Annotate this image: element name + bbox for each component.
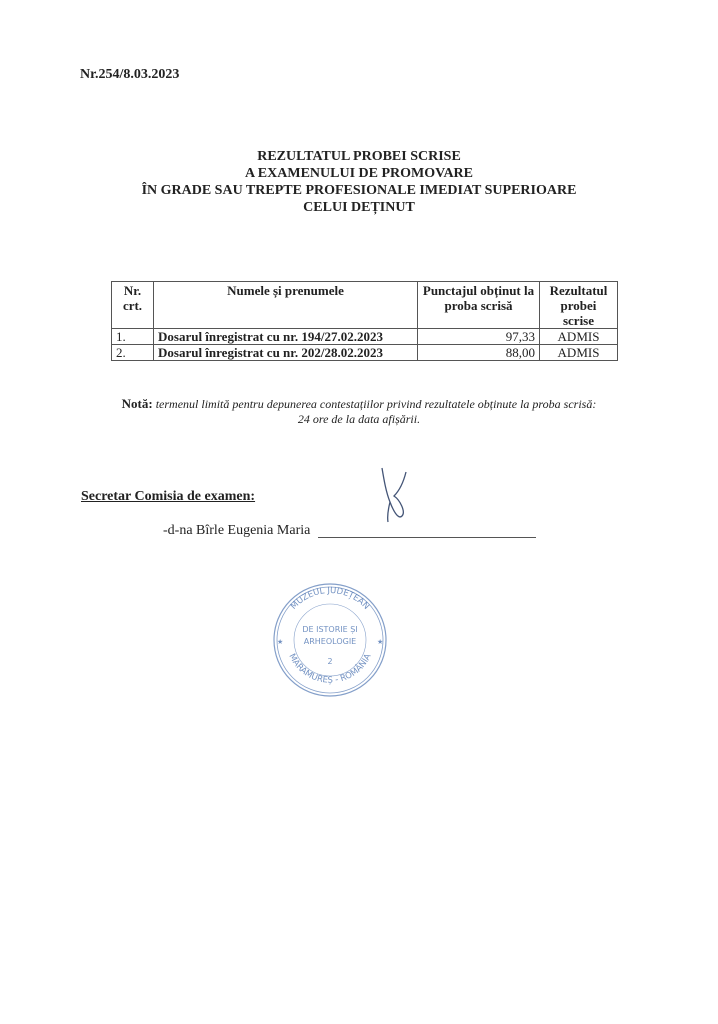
row-name: Dosarul înregistrat cu nr. 202/28.02.202… xyxy=(154,345,418,361)
svg-text:★: ★ xyxy=(377,638,383,646)
document-title: REZULTATUL PROBEI SCRISE A EXAMENULUI DE… xyxy=(0,148,718,216)
row-nr: 1. xyxy=(112,329,154,345)
signature-icon xyxy=(378,466,418,526)
row-score: 97,33 xyxy=(418,329,540,345)
stamp-number: 2 xyxy=(327,657,332,666)
signature-line xyxy=(318,537,536,538)
title-line-4: CELUI DEȚINUT xyxy=(0,199,718,216)
stamp-top-text: MUZEUL JUDEȚEAN xyxy=(289,586,371,612)
table-header-row: Nr. crt. Numele și prenumele Punctajul o… xyxy=(112,282,618,329)
row-result: ADMIS xyxy=(540,345,618,361)
row-result: ADMIS xyxy=(540,329,618,345)
note-line-2: 24 ore de la data afișării. xyxy=(298,412,420,426)
row-nr: 2. xyxy=(112,345,154,361)
title-line-3: ÎN GRADE SAU TREPTE PROFESIONALE IMEDIAT… xyxy=(0,182,718,199)
secretary-label: Secretar Comisia de examen: xyxy=(81,489,255,505)
results-table: Nr. crt. Numele și prenumele Punctajul o… xyxy=(111,281,618,361)
title-line-1: REZULTATUL PROBEI SCRISE xyxy=(0,148,718,165)
stamp-icon: MUZEUL JUDEȚEAN MARAMUREȘ - ROMÂNIA DE I… xyxy=(265,578,395,698)
note-label: Notă: xyxy=(122,396,153,411)
stamp-middle-1: DE ISTORIE ȘI xyxy=(302,625,357,635)
svg-text:MUZEUL JUDEȚEAN: MUZEUL JUDEȚEAN xyxy=(289,586,371,612)
header-score: Punctajul obținut la proba scrisă xyxy=(418,282,540,329)
stamp-middle-2: ARHEOLOGIE xyxy=(304,637,356,646)
table-row: 2. Dosarul înregistrat cu nr. 202/28.02.… xyxy=(112,345,618,361)
svg-text:★: ★ xyxy=(277,638,283,646)
row-score: 88,00 xyxy=(418,345,540,361)
header-name: Numele și prenumele xyxy=(154,282,418,329)
header-nr: Nr. crt. xyxy=(112,282,154,329)
header-result: Rezultatul probei scrise xyxy=(540,282,618,329)
row-name: Dosarul înregistrat cu nr. 194/27.02.202… xyxy=(154,329,418,345)
secretary-name: -d-na Bîrle Eugenia Maria xyxy=(163,523,310,539)
title-line-2: A EXAMENULUI DE PROMOVARE xyxy=(0,165,718,182)
table-row: 1. Dosarul înregistrat cu nr. 194/27.02.… xyxy=(112,329,618,345)
note-line-1: termenul limită pentru depunerea contest… xyxy=(156,397,597,411)
note: Notă: termenul limită pentru depunerea c… xyxy=(0,396,718,427)
document-number: Nr.254/8.03.2023 xyxy=(80,67,179,83)
